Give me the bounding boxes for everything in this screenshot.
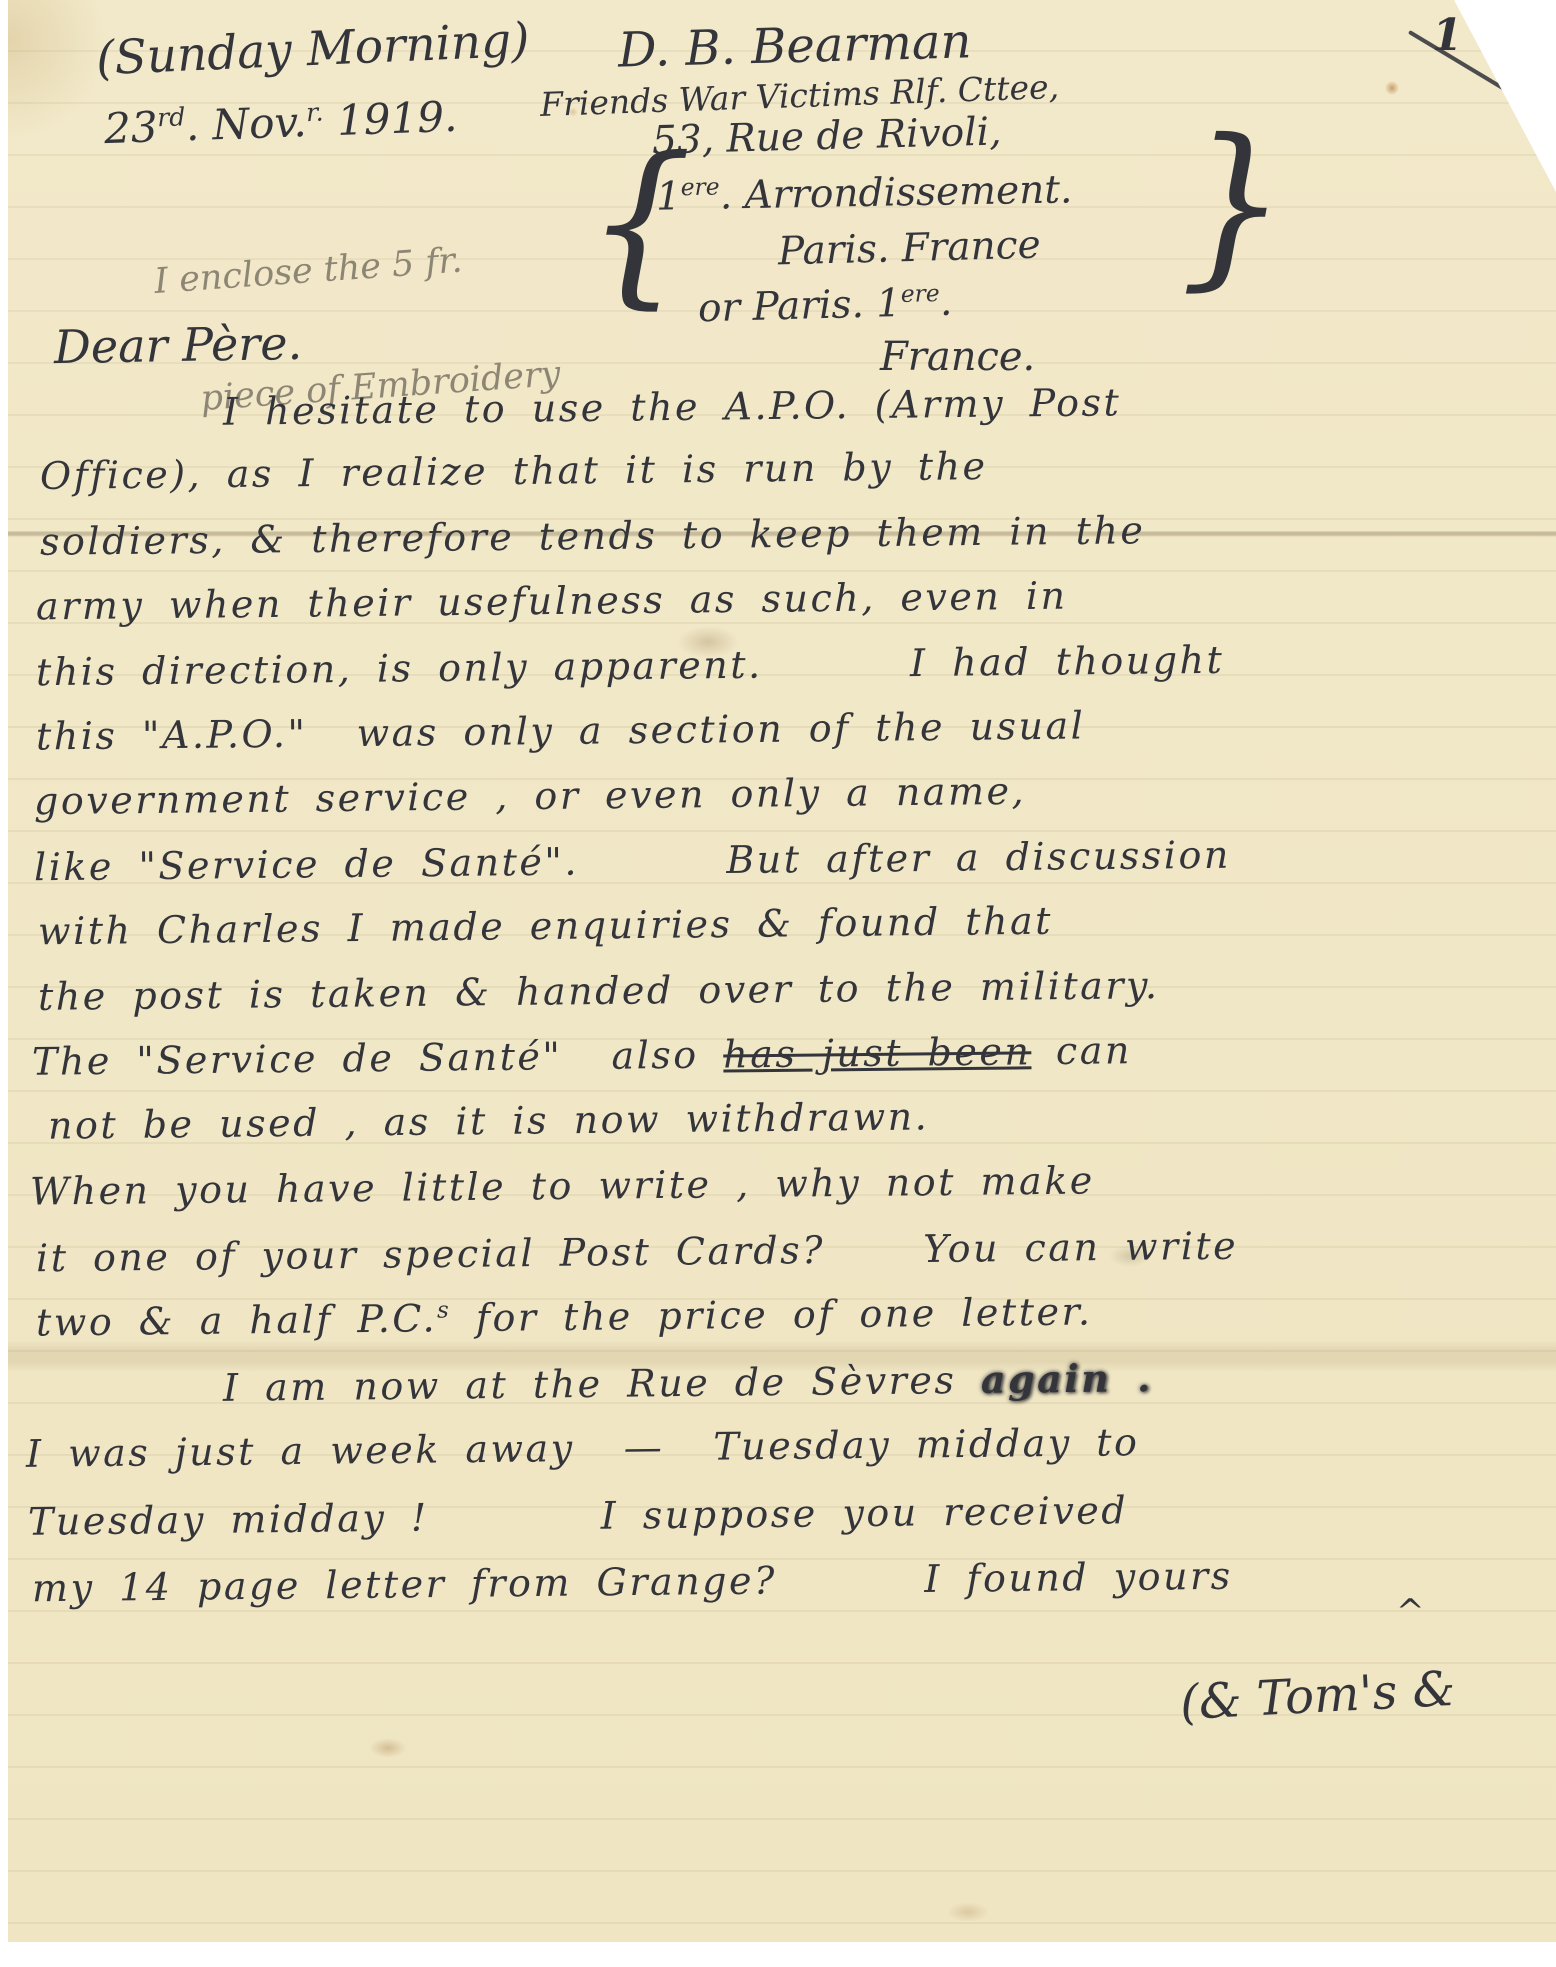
date-day: 23 — [103, 102, 158, 153]
brace-close: } — [1180, 116, 1287, 292]
letter-line: two & a half P.C.s for the price of one … — [36, 1289, 1093, 1344]
salutation: Dear Père. — [54, 316, 303, 374]
sender-country: France. — [880, 334, 1035, 380]
line-text: I am now at the Rue de Sèvres — [223, 1358, 981, 1410]
date-year: 1919. — [323, 92, 458, 146]
letter-line: this "A.P.O." was only a section of the … — [36, 704, 1086, 759]
letter-line: it one of your special Post Cards? You c… — [36, 1224, 1239, 1281]
sender-district: 1ere. Arrondissement. — [656, 166, 1073, 219]
line-text: two & a half P.C. — [36, 1296, 438, 1344]
corner-stroke-mark — [1408, 30, 1520, 99]
letter-line: Office), as I realize that it is run by … — [40, 444, 988, 498]
letter-line: this direction, is only apparent. I had … — [36, 638, 1225, 694]
letter-line: I am now at the Rue de Sèvres again . — [223, 1355, 1153, 1410]
alt-address-dot: . — [939, 280, 953, 325]
struck-text: has just been — [723, 1029, 1032, 1076]
brace-open: { — [586, 134, 693, 310]
day-note: (Sunday Morning) — [95, 13, 531, 87]
letter-line: my 14 page letter from Grange? I found y… — [32, 1554, 1233, 1611]
date-day-suffix: rd — [157, 102, 186, 132]
scanned-letter-page: 1 (Sunday Morning) 23rd. Nov.r. 1919. I … — [0, 0, 1556, 1967]
letter-line: I was just a week away — Tuesday midday … — [26, 1420, 1140, 1476]
letter-line: soldiers, & therefore tends to keep them… — [40, 508, 1146, 564]
district-number: 1 — [656, 174, 682, 219]
sender-alt-address: or Paris. 1ere. — [697, 279, 952, 332]
superscript-s: s — [437, 1298, 451, 1324]
sender-city: Paris. France — [777, 223, 1041, 275]
line-text: can — [1031, 1028, 1132, 1073]
sender-street: 53, Rue de Rivoli, — [651, 109, 1002, 163]
letter-line: When you have little to write , why not … — [30, 1158, 1095, 1213]
letter-paper: 1 (Sunday Morning) 23rd. Nov.r. 1919. I … — [8, 0, 1556, 1942]
letter-line: government service , or even only a name… — [34, 769, 1026, 823]
letter-line: not be used , as it is now withdrawn. — [48, 1094, 930, 1147]
blotted-word: again . — [981, 1355, 1153, 1402]
date-month: Nov. — [212, 97, 308, 149]
district-suffix: ere — [680, 173, 719, 202]
line-text: The "Service de Santé" also — [32, 1033, 724, 1084]
letter-line: The "Service de Santé" also has just bee… — [32, 1028, 1132, 1084]
letter-line: I hesitate to use the A.P.O. (Army Post — [223, 380, 1122, 433]
letter-line: the post is taken & handed over to the m… — [38, 963, 1160, 1019]
letter-line: Tuesday midday ! I suppose you received — [28, 1488, 1129, 1544]
closing-note: (& Tom's & — [1179, 1661, 1457, 1731]
insertion-caret: ^ — [1396, 1592, 1425, 1632]
date-line: 23rd. Nov.r. 1919. — [103, 92, 458, 153]
alt-address-text: or Paris. 1 — [697, 281, 901, 331]
alt-address-suffix: ere — [900, 279, 940, 308]
line-text: for the price of one letter. — [451, 1289, 1093, 1340]
letter-line: army when their usefulness as such, even… — [36, 574, 1068, 629]
date-month-suffix: r. — [306, 98, 324, 128]
letter-line: with Charles I made enquiries & found th… — [38, 899, 1053, 954]
pencil-note-line1: I enclose the 5 fr. — [153, 234, 553, 302]
letter-line: like "Service de Santé". But after a dis… — [34, 833, 1231, 890]
date-separator: . — [185, 100, 213, 150]
district-label: . Arrondissement. — [719, 167, 1072, 218]
sender-name: D. B. Bearman — [617, 13, 972, 78]
